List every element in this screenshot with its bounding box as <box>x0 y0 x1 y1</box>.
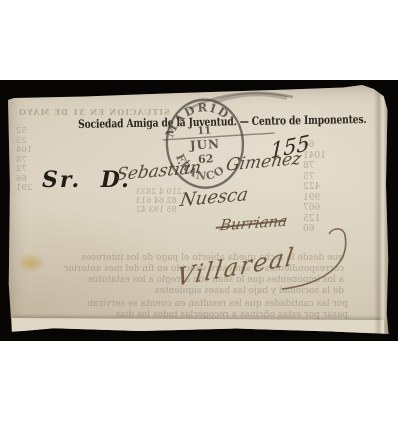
postmark-month: JUN <box>189 137 221 153</box>
paper-fold-crease <box>374 85 390 334</box>
postmark-day: 11 <box>197 125 211 137</box>
pen-flourish-icon <box>273 223 363 303</box>
paper-stain <box>16 253 46 273</box>
cover-paper: SITUACION EN 31 DE MAYO 52 25 104 78 72 … <box>8 85 389 334</box>
postmark-datestamp: MADRID 11 JUN 62 FRANCO <box>155 93 282 197</box>
cover-photo: SITUACION EN 31 DE MAYO 52 25 104 78 72 … <box>0 80 398 341</box>
showthrough-right-numbers: 64 1041 78 75 422 991 667 125 60 <box>303 140 365 235</box>
folded-sheet-edge <box>12 318 384 333</box>
